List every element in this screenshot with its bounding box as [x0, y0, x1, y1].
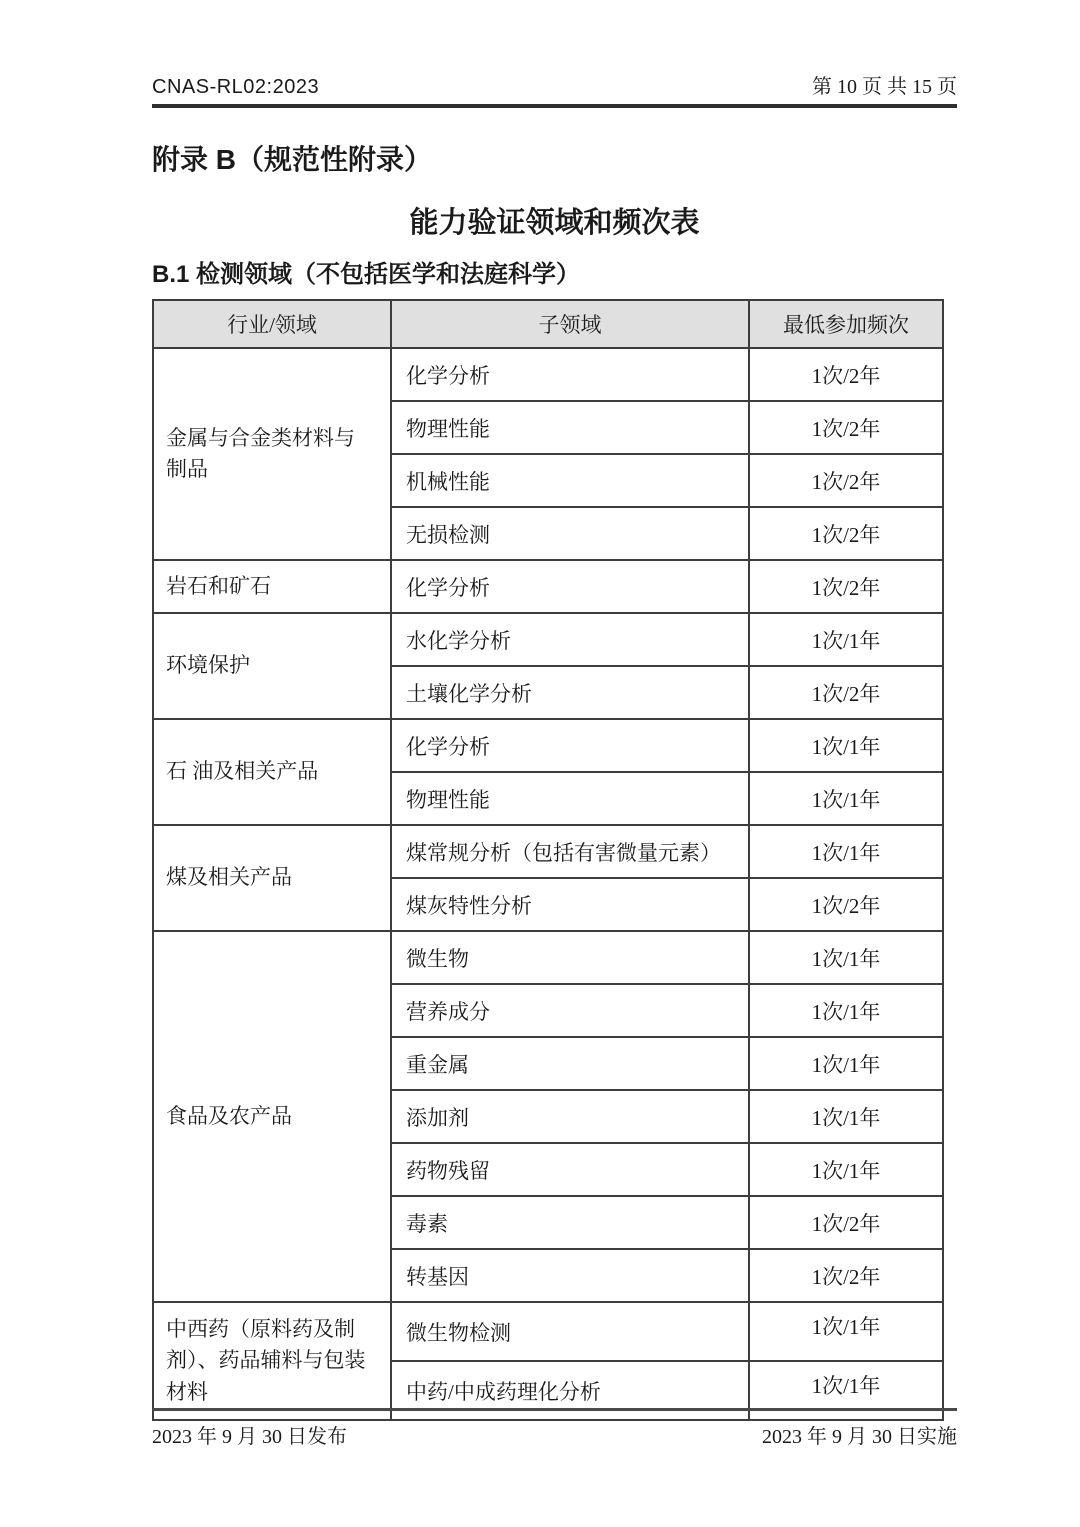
- frequency-cell: 1次/1年: [749, 984, 943, 1037]
- subdomain-cell: 转基因: [391, 1249, 749, 1302]
- col-header-industry: 行业/领域: [153, 300, 391, 348]
- frequency-cell: 1次/1年: [749, 613, 943, 666]
- frequency-cell: 1次/1年: [749, 1090, 943, 1143]
- subdomain-cell: 药物残留: [391, 1143, 749, 1196]
- industry-cell: 煤及相关产品: [153, 825, 391, 931]
- release-date: 2023 年 9 月 30 日发布: [152, 1420, 347, 1449]
- subdomain-cell: 煤灰特性分析: [391, 878, 749, 931]
- industry-cell: 石 油及相关产品: [153, 719, 391, 825]
- subdomain-cell: 土壤化学分析: [391, 666, 749, 719]
- table-row: 石 油及相关产品 化学分析 1次/1年: [153, 719, 943, 772]
- frequency-cell: 1次/1年: [749, 1037, 943, 1090]
- frequency-cell: 1次/2年: [749, 878, 943, 931]
- subdomain-cell: 物理性能: [391, 772, 749, 825]
- frequency-table: 行业/领域 子领域 最低参加频次 金属与合金类材料与 制品 化学分析 1次/2年…: [152, 299, 944, 1421]
- document-title: 能力验证领域和频次表: [152, 200, 957, 241]
- frequency-cell: 1次/2年: [749, 1196, 943, 1249]
- frequency-cell: 1次/1年: [749, 825, 943, 878]
- frequency-cell: 1次/2年: [749, 1249, 943, 1302]
- industry-cell: 金属与合金类材料与 制品: [153, 348, 391, 560]
- subdomain-cell: 微生物: [391, 931, 749, 984]
- table-row: 中西药（原料药及制 剂）、药品辅料与包装 材料 微生物检测 1次/1年: [153, 1302, 943, 1361]
- frequency-cell: 1次/2年: [749, 401, 943, 454]
- document-number: CNAS-RL02:2023: [152, 76, 319, 99]
- industry-cell: 中西药（原料药及制 剂）、药品辅料与包装 材料: [153, 1302, 391, 1420]
- industry-cell: 岩石和矿石: [153, 560, 391, 613]
- subdomain-cell: 微生物检测: [391, 1302, 749, 1361]
- page-header: CNAS-RL02:2023 第 10 页 共 15 页: [152, 70, 957, 108]
- frequency-cell: 1次/2年: [749, 507, 943, 560]
- subdomain-cell: 机械性能: [391, 454, 749, 507]
- subdomain-cell: 水化学分析: [391, 613, 749, 666]
- table-row: 环境保护 水化学分析 1次/1年: [153, 613, 943, 666]
- appendix-title: 附录 B（规范性附录）: [152, 138, 432, 178]
- subdomain-cell: 重金属: [391, 1037, 749, 1090]
- industry-cell: 食品及农产品: [153, 931, 391, 1302]
- subdomain-cell: 化学分析: [391, 348, 749, 401]
- table-row: 食品及农产品 微生物 1次/1年: [153, 931, 943, 984]
- subdomain-cell: 煤常规分析（包括有害微量元素）: [391, 825, 749, 878]
- col-header-subdomain: 子领域: [391, 300, 749, 348]
- frequency-cell: 1次/2年: [749, 560, 943, 613]
- table-row: 金属与合金类材料与 制品 化学分析 1次/2年: [153, 348, 943, 401]
- frequency-cell: 1次/1年: [749, 1302, 943, 1361]
- frequency-cell: 1次/2年: [749, 666, 943, 719]
- frequency-cell: 1次/1年: [749, 931, 943, 984]
- subdomain-cell: 营养成分: [391, 984, 749, 1037]
- page-number: 第 10 页 共 15 页: [812, 70, 957, 99]
- subdomain-cell: 物理性能: [391, 401, 749, 454]
- table-header-row: 行业/领域 子领域 最低参加频次: [153, 300, 943, 348]
- subdomain-cell: 化学分析: [391, 719, 749, 772]
- frequency-cell: 1次/1年: [749, 1143, 943, 1196]
- frequency-cell: 1次/2年: [749, 454, 943, 507]
- frequency-cell: 1次/2年: [749, 348, 943, 401]
- industry-cell: 环境保护: [153, 613, 391, 719]
- col-header-frequency: 最低参加频次: [749, 300, 943, 348]
- section-heading: B.1 检测领域（不包括医学和法庭科学）: [152, 254, 580, 289]
- subdomain-cell: 添加剂: [391, 1090, 749, 1143]
- subdomain-cell: 无损检测: [391, 507, 749, 560]
- frequency-cell: 1次/1年: [749, 719, 943, 772]
- implementation-date: 2023 年 9 月 30 日实施: [762, 1420, 957, 1449]
- table-row: 煤及相关产品 煤常规分析（包括有害微量元素） 1次/1年: [153, 825, 943, 878]
- subdomain-cell: 毒素: [391, 1196, 749, 1249]
- table-row: 岩石和矿石 化学分析 1次/2年: [153, 560, 943, 613]
- frequency-cell: 1次/1年: [749, 772, 943, 825]
- subdomain-cell: 化学分析: [391, 560, 749, 613]
- page-footer: 2023 年 9 月 30 日发布 2023 年 9 月 30 日实施: [152, 1408, 957, 1449]
